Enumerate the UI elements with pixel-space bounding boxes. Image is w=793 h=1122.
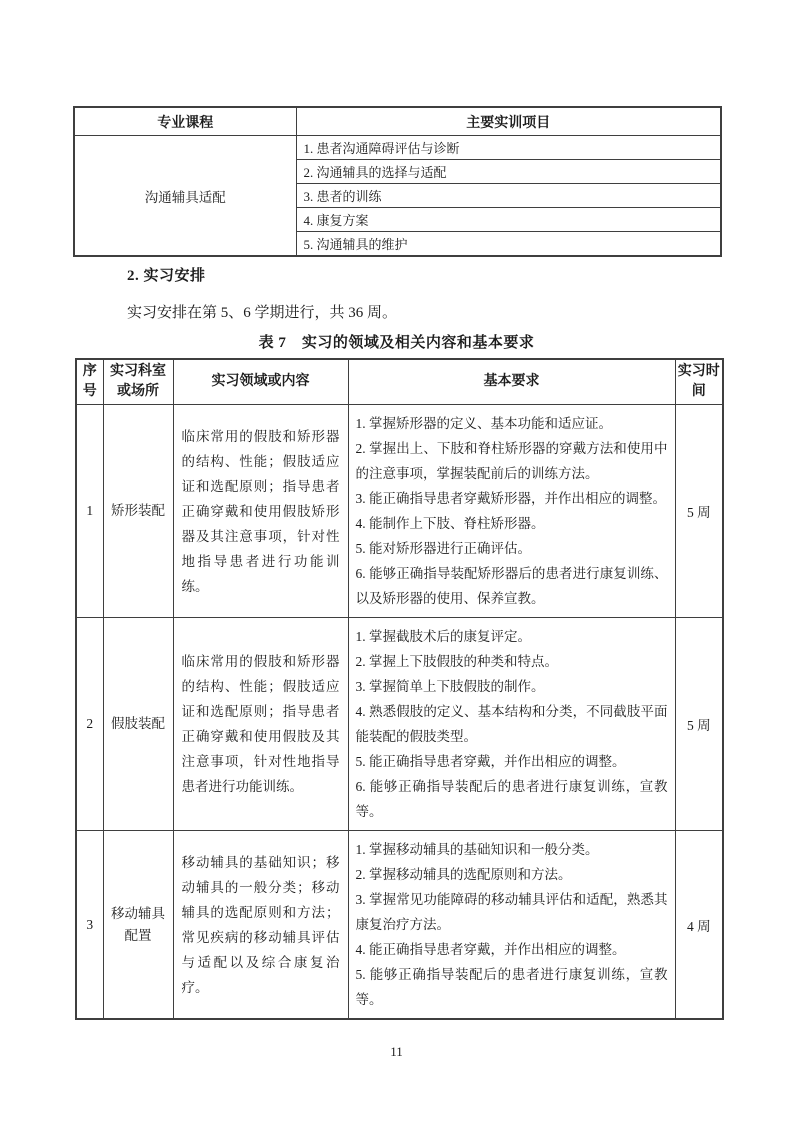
content-cell: 移动辅具的基础知识；移动辅具的一般分类；移动辅具的选配原则和方法；常见疾病的移动… (173, 831, 348, 1020)
column-header-duration: 实习时间 (675, 359, 723, 405)
table7-title: 表 7 实习的领域及相关内容和基本要求 (0, 331, 793, 352)
content-cell: 临床常用的假肢和矫形器的结构、性能；假肢适应证和选配原则；指导患者正确穿戴和使用… (173, 405, 348, 618)
duration-cell: 5 周 (675, 405, 723, 618)
internship-table: 序号 实习科室或场所 实习领域或内容 基本要求 实习时间 1矫形装配临床常用的假… (75, 358, 724, 1020)
training-item: 2. 沟通辅具的选择与适配 (296, 160, 721, 184)
requirement-item: 6. 能够正确指导装配后的患者进行康复训练，宣教等。 (356, 774, 668, 824)
training-item: 4. 康复方案 (296, 208, 721, 232)
duration-cell: 4 周 (675, 831, 723, 1020)
content-cell: 临床常用的假肢和矫形器的结构、性能；假肢适应证和选配原则；指导患者正确穿戴和使用… (173, 618, 348, 831)
row-number-cell: 3 (76, 831, 103, 1020)
department-cell: 假肢装配 (103, 618, 173, 831)
column-header-content: 实习领域或内容 (173, 359, 348, 405)
training-table-header-row: 专业课程 主要实训项目 (74, 107, 721, 136)
section-heading: 2. 实习安排 (127, 264, 206, 285)
column-header-course: 专业课程 (74, 107, 296, 136)
requirement-item: 4. 能正确指导患者穿戴，并作出相应的调整。 (356, 937, 668, 962)
department-cell: 矫形装配 (103, 405, 173, 618)
course-name-cell: 沟通辅具适配 (74, 136, 296, 257)
document-page: 专业课程 主要实训项目 沟通辅具适配1. 患者沟通障碍评估与诊断2. 沟通辅具的… (0, 0, 793, 1122)
requirements-cell: 1. 掌握截肢术后的康复评定。2. 掌握上下肢假肢的种类和特点。3. 掌握简单上… (348, 618, 675, 831)
duration-cell: 5 周 (675, 618, 723, 831)
requirement-item: 3. 掌握简单上下肢假肢的制作。 (356, 674, 668, 699)
column-header-no: 序号 (76, 359, 103, 405)
row-number-cell: 2 (76, 618, 103, 831)
department-cell: 移动辅具配置 (103, 831, 173, 1020)
requirement-item: 6. 能够正确指导装配矫形器后的患者进行康复训练、以及矫形器的使用、保养宣教。 (356, 561, 668, 611)
requirement-item: 2. 掌握移动辅具的选配原则和方法。 (356, 862, 668, 887)
requirement-item: 1. 掌握截肢术后的康复评定。 (356, 624, 668, 649)
requirement-item: 5. 能正确指导患者穿戴，并作出相应的调整。 (356, 749, 668, 774)
requirement-item: 1. 掌握矫形器的定义、基本功能和适应证。 (356, 411, 668, 436)
requirement-item: 5. 能够正确指导装配后的患者进行康复训练，宣教等。 (356, 962, 668, 1012)
internship-row: 2假肢装配临床常用的假肢和矫形器的结构、性能；假肢适应证和选配原则；指导患者正确… (76, 618, 723, 831)
internship-table-header-row: 序号 实习科室或场所 实习领域或内容 基本要求 实习时间 (76, 359, 723, 405)
training-item-row: 沟通辅具适配1. 患者沟通障碍评估与诊断 (74, 136, 721, 160)
requirement-item: 2. 掌握上下肢假肢的种类和特点。 (356, 649, 668, 674)
requirement-item: 5. 能对矫形器进行正确评估。 (356, 536, 668, 561)
page-number: 11 (0, 1044, 793, 1060)
requirement-item: 2. 掌握出上、下肢和脊柱矫形器的穿戴方法和使用中的注意事项，掌握装配前后的训练… (356, 436, 668, 486)
column-header-projects: 主要实训项目 (296, 107, 721, 136)
requirement-item: 3. 能正确指导患者穿戴矫形器，并作出相应的调整。 (356, 486, 668, 511)
internship-row: 3移动辅具配置移动辅具的基础知识；移动辅具的一般分类；移动辅具的选配原则和方法；… (76, 831, 723, 1020)
requirement-item: 4. 熟悉假肢的定义、基本结构和分类，不同截肢平面能装配的假肢类型。 (356, 699, 668, 749)
column-header-requirements: 基本要求 (348, 359, 675, 405)
section-paragraph: 实习安排在第 5、6 学期进行，共 36 周。 (127, 301, 397, 322)
training-items-table: 专业课程 主要实训项目 沟通辅具适配1. 患者沟通障碍评估与诊断2. 沟通辅具的… (73, 106, 722, 257)
requirement-item: 3. 掌握常见功能障碍的移动辅具评估和适配，熟悉其康复治疗方法。 (356, 887, 668, 937)
row-number-cell: 1 (76, 405, 103, 618)
column-header-dept: 实习科室或场所 (103, 359, 173, 405)
training-item: 5. 沟通辅具的维护 (296, 232, 721, 257)
training-item: 1. 患者沟通障碍评估与诊断 (296, 136, 721, 160)
requirement-item: 1. 掌握移动辅具的基础知识和一般分类。 (356, 837, 668, 862)
requirements-cell: 1. 掌握移动辅具的基础知识和一般分类。2. 掌握移动辅具的选配原则和方法。3.… (348, 831, 675, 1020)
requirement-item: 4. 能制作上下肢、脊柱矫形器。 (356, 511, 668, 536)
training-item: 3. 患者的训练 (296, 184, 721, 208)
requirements-cell: 1. 掌握矫形器的定义、基本功能和适应证。2. 掌握出上、下肢和脊柱矫形器的穿戴… (348, 405, 675, 618)
internship-row: 1矫形装配临床常用的假肢和矫形器的结构、性能；假肢适应证和选配原则；指导患者正确… (76, 405, 723, 618)
